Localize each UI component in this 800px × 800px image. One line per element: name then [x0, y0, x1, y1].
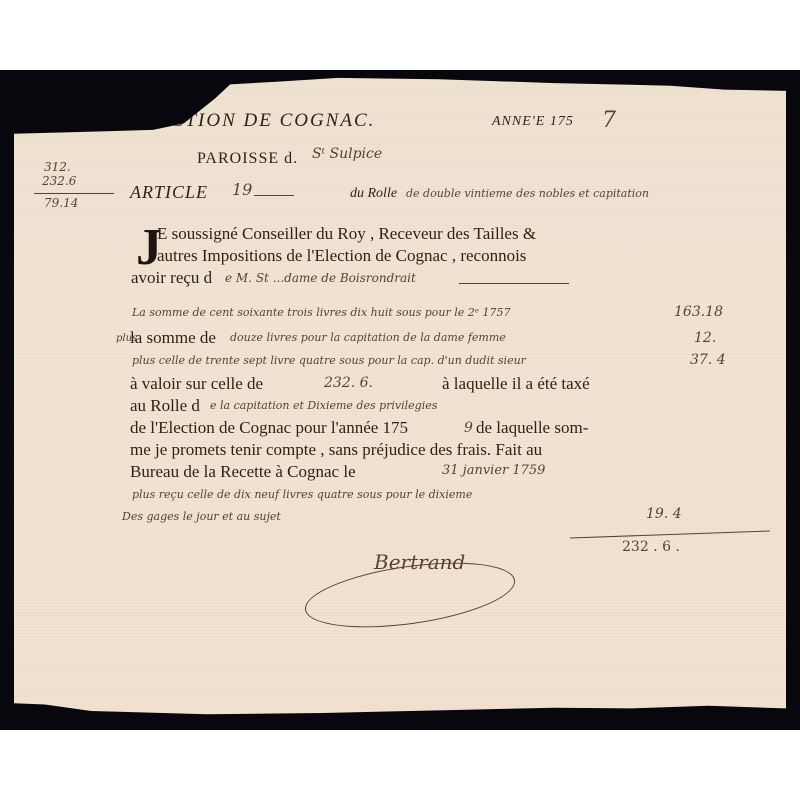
- annee-label: ANNE'E 175: [492, 114, 574, 130]
- margin-calc-line1: 312.: [44, 160, 71, 174]
- article-rule: [254, 195, 294, 196]
- rolle-value: de double vintieme des nobles et capitat…: [406, 187, 649, 200]
- margin-calc-rule: [34, 193, 114, 194]
- body-line-2: autres Impositions de l'Election de Cogn…: [157, 246, 526, 266]
- amount-a: 163.18: [674, 304, 723, 320]
- total-amount: 232 . 6 .: [622, 539, 680, 555]
- amount-c: 19. 4: [646, 506, 682, 522]
- body-line-1: E soussigné Conseiller du Roy , Receveur…: [157, 224, 536, 244]
- margin-calc-result: 79.14: [44, 196, 78, 210]
- received-from: e M. St ...dame de Boisrondrait: [225, 271, 416, 285]
- article-number: 19: [232, 180, 252, 199]
- body-line-4: la somme de: [130, 328, 216, 348]
- body-line-7b: de laquelle som-: [476, 418, 588, 438]
- rolle-label: du Rolle: [350, 186, 397, 202]
- date-hand: 31 janvier 1759: [442, 463, 545, 478]
- total-rule: [570, 531, 770, 539]
- year-hand-digit: 9: [464, 420, 473, 436]
- received-rule: [459, 283, 569, 284]
- hand-line-b: plus celle de trente sept livre quatre s…: [132, 354, 526, 367]
- body-line-9: Bureau de la Recette à Cognac le: [130, 462, 356, 482]
- hand-line-c: plus reçu celle de dix neuf livres quatr…: [132, 488, 472, 501]
- margin-calc-line2: 232.6: [42, 174, 76, 188]
- body-line-5b: à laquelle il a été taxé: [442, 374, 590, 394]
- hand-line-6: e la capitation et Dixieme des privilegi…: [210, 399, 437, 412]
- hand-line-d: Des gages le jour et au sujet: [122, 510, 281, 523]
- body-line-6: au Rolle d: [130, 396, 200, 416]
- amount-b: 37. 4: [690, 352, 726, 368]
- hand-line-4: douze livres pour la capitation de la da…: [230, 331, 506, 344]
- article-label: ARTICLE: [130, 182, 208, 203]
- paroisse-label: PAROISSE d.: [197, 150, 298, 168]
- hand-line-a: La somme de cent soixante trois livres d…: [132, 306, 511, 319]
- body-line-8: me je promets tenir compte , sans préjud…: [130, 440, 542, 460]
- body-line-7: de l'Election de Cognac pour l'année 175: [130, 418, 408, 438]
- document-sheet: ELECTION DE COGNAC. ANNE'E 175 7 PAROISS…: [14, 74, 786, 724]
- annee-hand-digit: 7: [602, 108, 616, 133]
- valoir-amount: 232. 6.: [324, 375, 373, 391]
- paroisse-value: Sᵗ Sulpice: [312, 146, 382, 162]
- body-line-3: avoir reçu d: [131, 268, 212, 288]
- amount-4: 12.: [694, 330, 716, 346]
- body-line-5: à valoir sur celle de: [130, 374, 263, 394]
